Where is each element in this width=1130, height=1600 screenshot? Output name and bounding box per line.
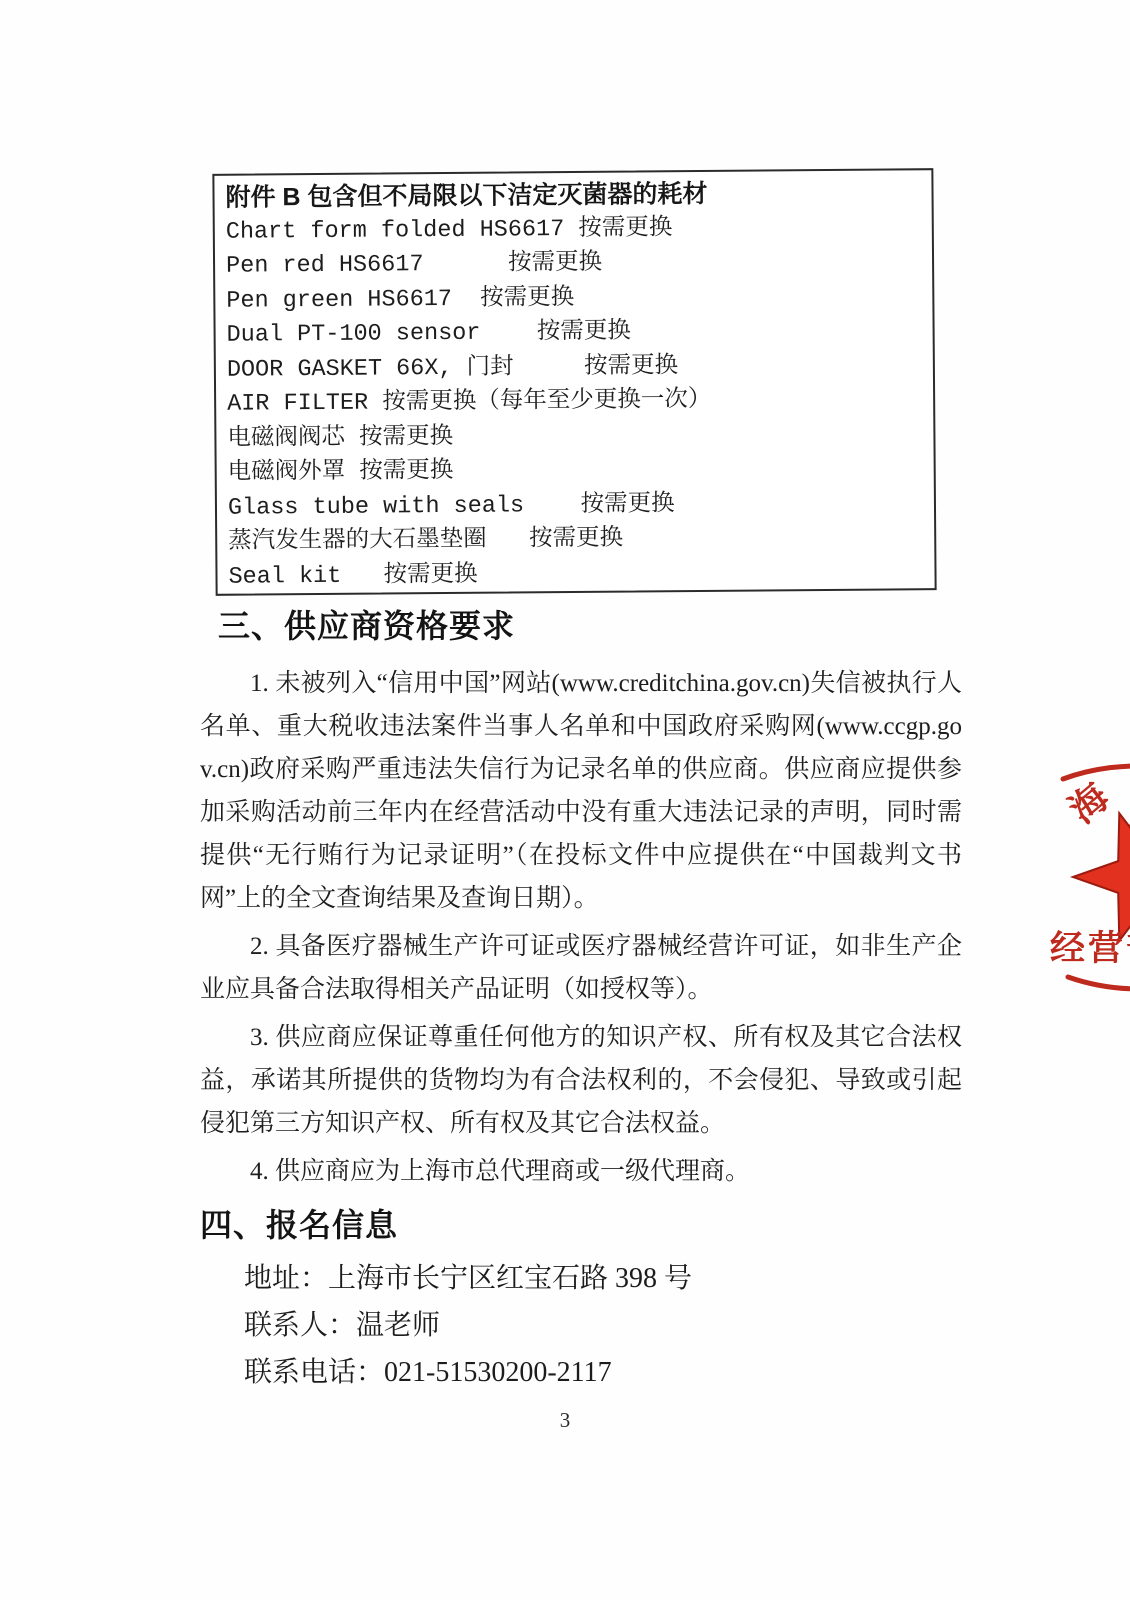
stamp-bottom-text: 经营部 xyxy=(1050,929,1130,968)
section-heading-registration: 四、报名信息 xyxy=(200,1205,962,1245)
attachment-box-title: 附件 B 包含但不局限以下洁定灭菌器的耗材 xyxy=(225,175,931,215)
requirement-paragraph-4: 4. 供应商应为上海市总代理商或一级代理商。 xyxy=(200,1150,962,1193)
consumable-item-11: Seal kit 按需更换 xyxy=(228,555,934,595)
stamp-ring-bottom-arc xyxy=(1068,977,1130,989)
stamp-star xyxy=(1073,813,1130,940)
consumable-item-6: AIR FILTER 按需更换（每年至少更换一次） xyxy=(227,382,933,422)
attachment-box: 附件 B 包含但不局限以下洁定灭菌器的耗材 Chart form folded … xyxy=(212,168,936,596)
document-page: 附件 B 包含但不局限以下洁定灭菌器的耗材 Chart form folded … xyxy=(0,0,1130,1600)
consumable-item-1: Chart form folded HS6617 按需更换 xyxy=(226,210,932,250)
consumable-item-8: 电磁阀外罩 按需更换 xyxy=(228,451,934,491)
consumable-item-3: Pen green HS6617 按需更换 xyxy=(226,279,932,319)
company-stamp: 海 经营部 xyxy=(1040,710,1130,1010)
requirement-paragraph-2: 2. 具备医疗器械生产许可证或医疗器械经营许可证，如非生产企业应具备合法取得相关… xyxy=(200,925,962,1011)
registration-info: 地址：上海市长宁区红宝石路 398 号 联系人：温老师 联系电话：021-515… xyxy=(200,1255,962,1396)
section-heading-supplier-qualifications: 三、供应商资格要求 xyxy=(218,606,962,646)
consumable-item-5: DOOR GASKET 66X, 门封 按需更换 xyxy=(227,348,933,388)
page-number: 3 xyxy=(0,1408,1130,1433)
address-line: 地址：上海市长宁区红宝石路 398 号 xyxy=(244,1255,962,1302)
consumable-item-2: Pen red HS6617 按需更换 xyxy=(226,244,932,284)
consumable-item-4: Dual PT-100 sensor 按需更换 xyxy=(226,313,932,353)
supplier-requirements: 1. 未被列入“信用中国”网站(www.creditchina.gov.cn)失… xyxy=(200,662,962,1193)
contact-person-line: 联系人：温老师 xyxy=(244,1302,962,1349)
stamp-arc-char: 海 xyxy=(1062,776,1117,831)
stamp-ring-top-arc xyxy=(1063,766,1130,779)
consumable-item-9: Glass tube with seals 按需更换 xyxy=(228,486,934,526)
main-text-column: 三、供应商资格要求 1. 未被列入“信用中国”网站(www.creditchin… xyxy=(200,606,962,1396)
contact-phone-line: 联系电话：021-51530200-2117 xyxy=(244,1349,962,1396)
requirement-paragraph-3: 3. 供应商应保证尊重任何他方的知识产权、所有权及其它合法权益，承诺其所提供的货… xyxy=(200,1016,962,1145)
consumable-item-7: 电磁阀阀芯 按需更换 xyxy=(227,417,933,457)
requirement-paragraph-1: 1. 未被列入“信用中国”网站(www.creditchina.gov.cn)失… xyxy=(200,662,962,920)
consumable-item-10: 蒸汽发生器的大石墨垫圈 按需更换 xyxy=(228,520,934,560)
